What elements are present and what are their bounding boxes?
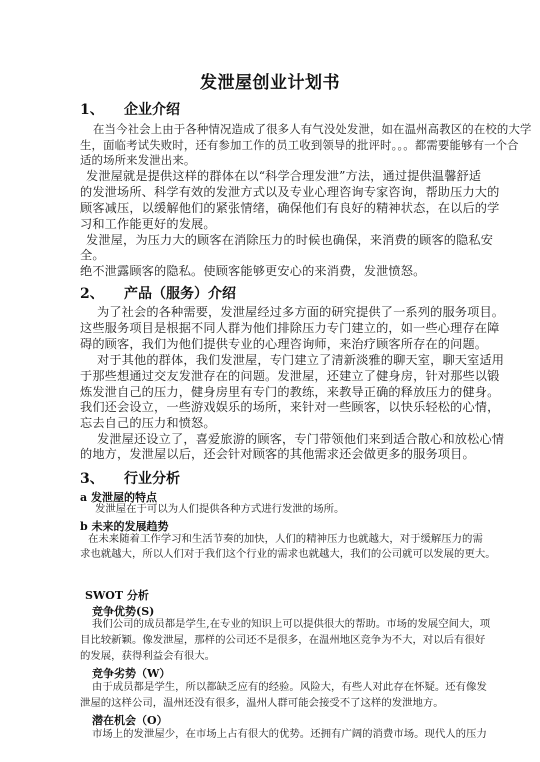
paragraph-line: 生，面临考试失败时，还有参加工作的员工收到领导的批评时。。。都需要能够有一个合	[80, 138, 460, 152]
swot-heading: SWOT 分析	[85, 587, 149, 603]
section-title: 行业分析	[124, 471, 180, 487]
paragraph-line: 的发展，获得利益会有很大。	[80, 650, 460, 663]
swot-item-heading: 潜在机会（O）	[92, 712, 168, 728]
paragraph-line: 于那些想通过交友发泄存在的问题。发泄屋，还建立了健身房，针对那些以锻	[80, 369, 460, 383]
paragraph-line: 炼发泄自己的压力，健身房里有专门的教练，来教导正确的释放压力的健身。	[80, 385, 460, 399]
paragraph-line: 的发泄场所、科学有效的发泄方式以及专业心理咨询专家咨询，帮助压力大的	[80, 185, 460, 199]
paragraph-line: 发泄屋就是提供这样的群体在以“科学合理发泄”方法，通过提供温馨舒适	[86, 169, 466, 183]
paragraph-line: 发泄屋在于可以为人们提供各种方式进行发泄的场所。	[95, 503, 475, 516]
document-page: 发泄屋创业计划书 1、企业介绍 在当今社会上由于各种情况造成了很多人有气没处发泄…	[0, 0, 540, 762]
subsection-heading: b 未来的发展趋势	[80, 518, 169, 534]
paragraph-line: 市场上的发泄屋少，在市场上占有很大的优势。还拥有广阔的消费市场。现代人的压力	[92, 728, 472, 741]
paragraph-line: 发泄屋还设立了，喜爱旅游的顾客，专门带领他们来到适合散心和放松心情	[97, 432, 477, 446]
paragraph-line: 由于成员都是学生，所以都缺乏应有的经验。风险大，有些人对此存在怀疑。还有像发	[92, 681, 472, 694]
paragraph-line: 全。	[80, 248, 460, 262]
paragraph-line: 发泄屋，为压力大的顾客在消除压力的时候也确保，来消费的顾客的隐私安	[86, 233, 466, 247]
paragraph-line: 适的场所来发泄出来。	[80, 153, 460, 167]
paragraph-line: 泄屋的这样公司，温州还没有很多，温州人群可能会接受不了这样的发泄地方。	[80, 697, 460, 710]
section-title: 企业介绍	[124, 102, 180, 118]
section-number: 2、	[80, 283, 120, 303]
paragraph-line: 为了社会的各种需要，发泄屋经过多方面的研究提供了一系列的服务项目。	[97, 305, 477, 319]
section-heading-3: 3、行业分析	[80, 468, 180, 488]
paragraph-line: 绝不泄露顾客的隐私。使顾客能够更安心的来消费，发泄愤怒。	[80, 264, 460, 278]
paragraph-line: 习和工作能更好的发展。	[80, 217, 460, 231]
paragraph-line: 在未来随着工作学习和生活节奏的加快，人们的精神压力也就越大，对于缓解压力的需	[88, 533, 468, 546]
section-heading-1: 1、企业介绍	[80, 99, 180, 119]
paragraph-line: 这些服务项目是根据不同人群为他们排除压力专门建立的，如一些心理存在障	[80, 321, 460, 335]
paragraph-line: 对于其他的群体，我们发泄屋，专门建立了清新淡雅的聊天室，聊天室适用	[97, 353, 477, 367]
paragraph-line: 碍的顾客，我们为他们提供专业的心理咨询师，来治疗顾客所存在的问题。	[80, 337, 460, 351]
document-title: 发泄屋创业计划书	[0, 68, 540, 93]
section-number: 1、	[80, 99, 120, 119]
paragraph-line: 求也就越大，所以人们对于我们这个行业的需求也就越大，我们的公司就可以发展的更大。	[80, 548, 460, 561]
paragraph-line: 在当今社会上由于各种情况造成了很多人有气没处发泄，如在温州高教区的在校的大学	[93, 122, 460, 136]
swot-item-heading: 竞争优势(S)	[92, 603, 154, 619]
section-number: 3、	[80, 468, 120, 488]
paragraph-line: 忘去自己的压力和愤怒。	[80, 416, 460, 430]
paragraph-line: 的地方，发泄屋以后，还会针对顾客的其他需求还会做更多的服务项目。	[80, 447, 460, 461]
swot-item-heading: 竞争劣势（W）	[92, 665, 170, 681]
section-title: 产品（服务）介绍	[124, 286, 236, 302]
paragraph-line: 顾客减压，以缓解他们的紧张情绪，确保他们有良好的精神状态，在以后的学	[80, 201, 460, 215]
paragraph-line: 我们公司的成员都是学生,在专业的知识上可以提供很大的帮助。市场的发展空间大，项	[92, 618, 472, 631]
paragraph-line: 目比较新颖。像发泄屋，那样的公司还不是很多，在温州地区竞争为不大，对以后有很好	[80, 634, 460, 647]
paragraph-line: 我们还会设立，一些游戏娱乐的场所，来针对一些顾客，以快乐轻松的心情，	[80, 400, 460, 414]
section-heading-2: 2、产品（服务）介绍	[80, 283, 236, 303]
